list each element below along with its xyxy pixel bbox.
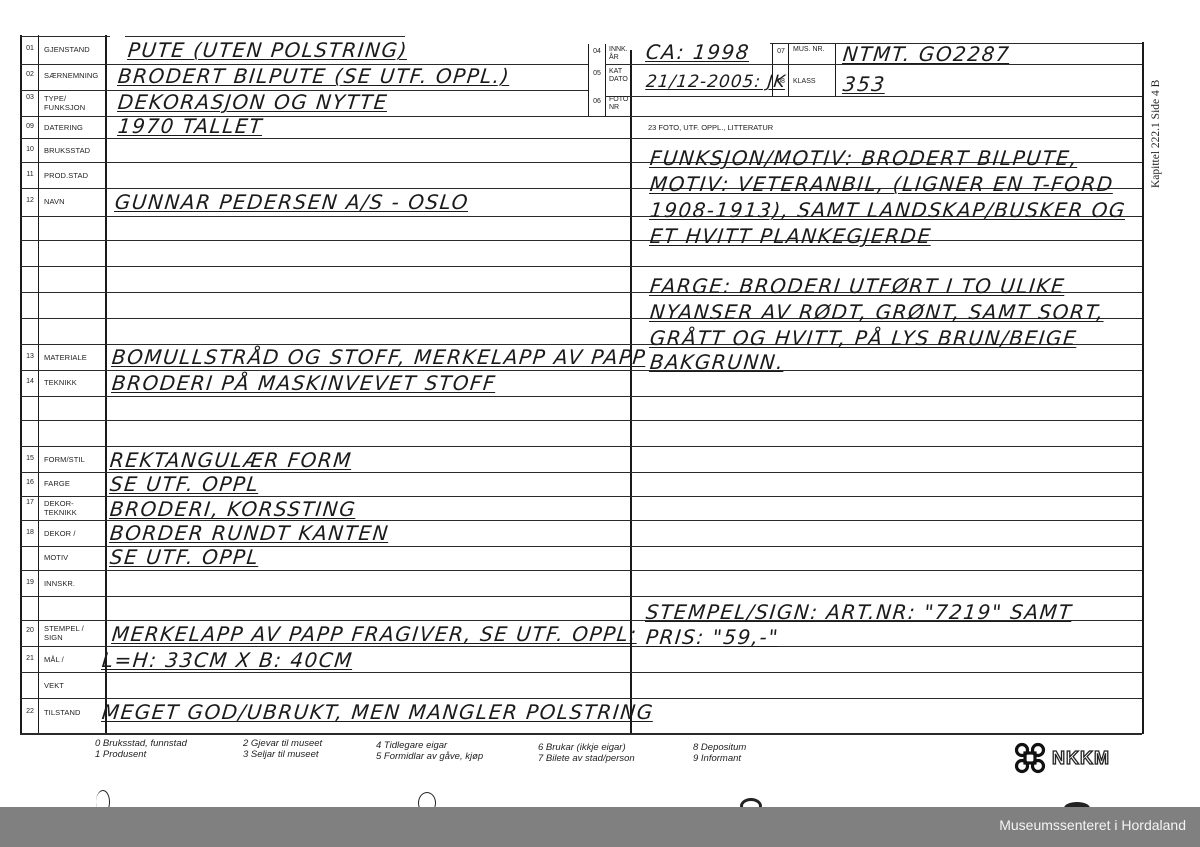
rule — [20, 570, 1142, 571]
bottom-border — [20, 733, 1142, 735]
field-number: 17 — [22, 499, 38, 506]
mid-label-divider — [605, 44, 606, 116]
label-innskr: INNSKR. — [44, 579, 75, 588]
legend-col-4: 6 Brukar (ikkje eigar) 7 Bilete av stad/… — [538, 742, 635, 764]
chapter-page-text: Kapittel 222.1 Side 4 B — [1150, 80, 1162, 188]
rule — [20, 596, 1142, 597]
label-navn: NAVN — [44, 197, 65, 206]
notes-line[interactable]: PRIS: "59,-" — [645, 625, 781, 649]
legend-item: 6 Brukar (ikkje eigar) — [538, 742, 635, 753]
notes-line[interactable]: MOTIV: VETERANBIL, (LIGNER EN T-FORD — [649, 172, 1115, 196]
rule — [20, 138, 1142, 139]
legend-col-2: 2 Gjevar til museet 3 Seljar til museet — [243, 738, 322, 760]
rule — [20, 266, 1142, 267]
label-type-funksjon: TYPE/ FUNKSJON — [44, 94, 100, 112]
value-teknikk[interactable]: BRODERI PÅ MASKINVEVET STOFF — [111, 371, 498, 395]
value-farge[interactable]: SE UTF. OPPL — [109, 472, 261, 496]
label-column-divider — [105, 35, 107, 735]
field-number: 22 — [22, 708, 38, 715]
field-number: 01 — [22, 45, 38, 52]
label-foto-nr: FOTO NR — [609, 96, 635, 112]
value-form-stil[interactable]: REKTANGULÆR FORM — [109, 448, 354, 472]
notes-line[interactable]: FARGE: BRODERI UTFØRT I TO ULIKE — [649, 274, 1067, 298]
field-number: 13 — [22, 353, 38, 360]
notes-line[interactable]: NYANSER AV RØDT, GRØNT, SAMT SORT, — [649, 300, 1106, 324]
label-form-stil: FORM/STIL — [44, 455, 85, 464]
label-klass: KLASS — [793, 78, 816, 86]
value-motiv[interactable]: SE UTF. OPPL — [109, 545, 261, 569]
rule — [20, 420, 1142, 421]
field-number: 10 — [22, 146, 38, 153]
field-number: 18 — [22, 529, 38, 536]
value-maal[interactable]: L=H: 33CM X B: 40CM — [101, 648, 355, 672]
right-border — [1142, 42, 1144, 734]
rule — [20, 672, 1142, 673]
legend-col-1: 0 Bruksstad, funnstad 1 Produsent — [95, 738, 187, 760]
notes-line[interactable]: ET HVITT PLANKEGJERDE — [649, 224, 933, 248]
notes-line[interactable]: STEMPEL/SIGN: ART.NR: "7219" SAMT — [645, 600, 1074, 624]
label-stempel-sign: STEMPEL / SIGN — [44, 624, 100, 642]
legend-col-5: 8 Depositum 9 Informant — [693, 742, 746, 764]
legend-item: 1 Produsent — [95, 749, 187, 760]
rule — [605, 96, 1142, 97]
label-motiv: MOTIV — [44, 553, 68, 562]
label-farge: FARGE — [44, 479, 70, 488]
field-number: 05 — [589, 70, 605, 77]
label-dekor: DEKOR / — [44, 529, 76, 538]
nkkm-knot-icon — [1014, 742, 1046, 774]
label-prod-stad: PROD.STAD — [44, 171, 88, 180]
label-maal: MÅL / — [44, 655, 64, 664]
legend-col-3: 4 Tidlegare eigar 5 Formidlar av gåve, k… — [376, 740, 483, 762]
value-dekor-teknikk[interactable]: BRODERI, KORSSTING — [109, 497, 358, 521]
field-number: 14 — [22, 378, 38, 385]
value-dekor[interactable]: BORDER RUNDT KANTEN — [109, 521, 391, 545]
field-number: 16 — [22, 479, 38, 486]
field-number: 04 — [589, 48, 605, 55]
field-number: 21 — [22, 655, 38, 662]
field-number: 20 — [22, 627, 38, 634]
label-gjenstand: GJENSTAND — [44, 45, 90, 54]
field-number: 08 — [773, 78, 789, 85]
legend-item: 8 Depositum — [693, 742, 746, 753]
legend-item: 5 Formidlar av gåve, kjøp — [376, 751, 483, 762]
field-number: 06 — [589, 98, 605, 105]
field-number: 02 — [22, 71, 38, 78]
label-vekt: VEKT — [44, 681, 64, 690]
label-materiale: MATERIALE — [44, 353, 87, 362]
field-number: 12 — [22, 197, 38, 204]
label-bruksstad: BRUKSSTAD — [44, 146, 90, 155]
rule — [20, 396, 1142, 397]
field-number: 19 — [22, 579, 38, 586]
top-border-left — [20, 36, 110, 37]
right-label-divider — [835, 44, 836, 96]
value-tilstand[interactable]: MEGET GOD/UBRUKT, MEN MANGLER POLSTRING — [101, 700, 655, 724]
nkkm-logo: NKKM — [1014, 742, 1110, 774]
notes-header: 23 FOTO, UTF. OPPL., LITTERATUR — [648, 124, 773, 132]
value-kat-dato[interactable]: 21/12-2005: JK — [645, 72, 787, 92]
legend-item: 0 Bruksstad, funnstad — [95, 738, 187, 749]
label-mus-nr: MUS. NR. — [793, 46, 829, 54]
credit-text: Museumssenteret i Hordaland — [999, 817, 1186, 833]
label-kat-dato: KAT DATO — [609, 68, 635, 84]
logo-text: NKKM — [1052, 748, 1110, 769]
value-gjenstand[interactable]: PUTE (UTEN POLSTRING) — [127, 38, 409, 62]
notes-line[interactable]: GRÅTT OG HVITT, PÅ LYS BRUN/BEIGE — [649, 326, 1079, 350]
value-stempel-sign[interactable]: MERKELAPP AV PAPP FRAGIVER, SE UTF. OPPL… — [111, 622, 639, 646]
value-datering[interactable]: 1970 TALLET — [117, 114, 264, 138]
num-column-divider — [38, 35, 39, 735]
notes-line[interactable]: 1908-1913), SAMT LANDSKAP/BUSKER OG — [649, 198, 1128, 222]
label-teknikk: TEKNIKK — [44, 378, 77, 387]
legend-item: 3 Seljar til museet — [243, 749, 322, 760]
notes-line[interactable]: FUNKSJON/MOTIV: BRODERT BILPUTE, — [649, 146, 1080, 170]
value-type-funksjon[interactable]: DEKORASJON OG NYTTE — [117, 90, 389, 114]
notes-line[interactable]: BAKGRUNN. — [649, 350, 786, 374]
label-innk-aar: INNK. ÅR — [609, 46, 635, 62]
label-saernemning: SÆRNEMNING — [44, 71, 98, 80]
rule — [20, 240, 1142, 241]
credit-bar: Museumssenteret i Hordaland — [0, 807, 1200, 847]
legend-item: 7 Bilete av stad/person — [538, 753, 635, 764]
value-mus-nr[interactable]: NTMT. GO2287 — [842, 42, 1012, 66]
legend-item: 4 Tidlegare eigar — [376, 740, 483, 751]
catalog-card: 01 GJENSTAND PUTE (UTEN POLSTRING) 02 SÆ… — [0, 0, 1200, 847]
legend-item: 2 Gjevar til museet — [243, 738, 322, 749]
value-innk-aar[interactable]: CA: 1998 — [645, 40, 752, 64]
chapter-page-label: Kapittel 222.1 Side 4 B — [1150, 48, 1170, 188]
label-tilstand: TILSTAND — [44, 708, 81, 717]
field-number: 09 — [22, 123, 38, 130]
value-navn[interactable]: GUNNAR PEDERSEN A/S - OSLO — [114, 190, 471, 214]
value-saernemning[interactable]: BRODERT BILPUTE (SE UTF. OPPL.) — [117, 64, 512, 88]
field-number: 15 — [22, 455, 38, 462]
field-number: 11 — [22, 171, 38, 178]
legend-item: 9 Informant — [693, 753, 746, 764]
label-dekor-teknikk: DEKOR- TEKNIKK — [44, 499, 94, 517]
value-klass[interactable]: 353 — [842, 72, 887, 96]
label-datering: DATERING — [44, 123, 83, 132]
field-number: 07 — [773, 48, 789, 55]
value-materiale[interactable]: BOMULLSTRÅD OG STOFF, MERKELAPP AV PAPP — [111, 345, 648, 369]
field-number: 03 — [22, 94, 38, 101]
